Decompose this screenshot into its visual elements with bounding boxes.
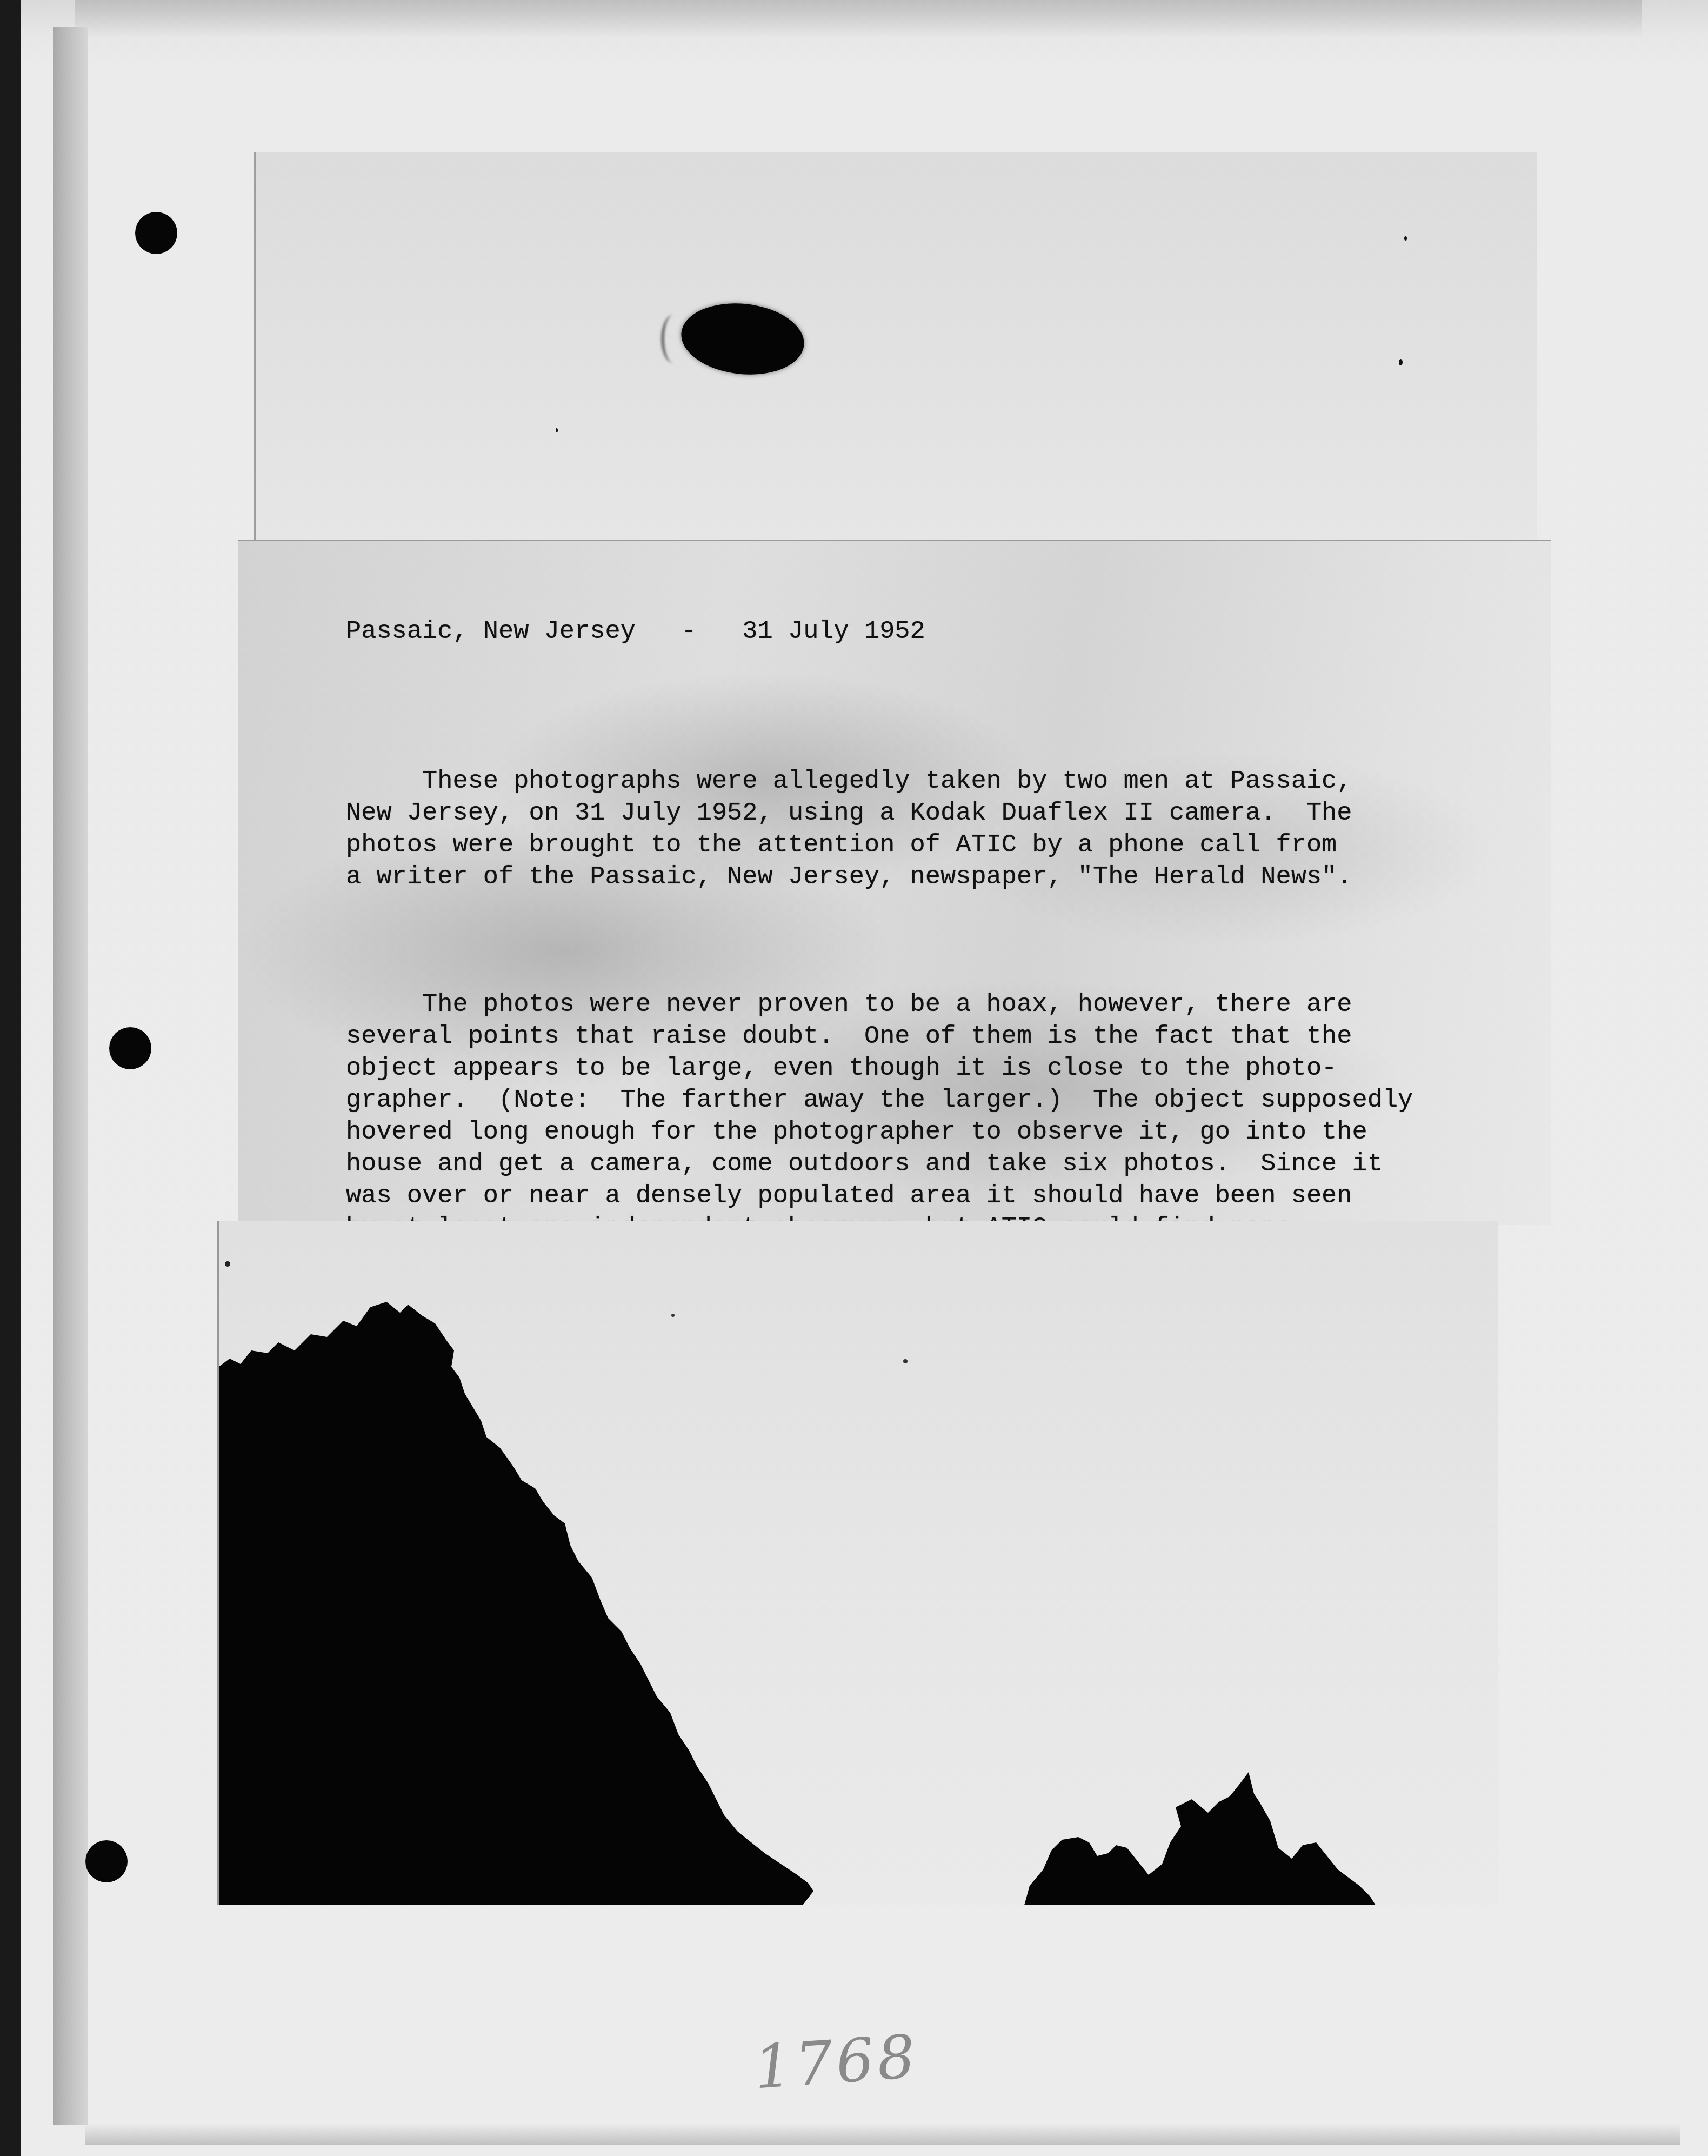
caption-paragraph-1: These photographs were allegedly taken b… [346,766,1535,893]
punch-hole-icon [109,1027,151,1069]
page-left-edge [53,27,88,2125]
page-bottom-shadow [85,2124,1680,2145]
handwritten-page-number: 1768 [752,2022,920,2102]
caption-heading: Passaic, New Jersey - 31 July 1952 [346,616,1535,648]
photo-tree-silhouettes [217,1221,1498,1905]
film-speck [1404,236,1407,241]
punch-hole-icon [135,212,177,254]
caption-strip: Passaic, New Jersey - 31 July 1952 These… [238,540,1551,1225]
caption-paragraph-2: The photos were never proven to be a hoa… [346,989,1535,1244]
photo-ufo-object [254,152,1537,542]
tree-silhouette-icon [219,1221,1498,1905]
ufo-object-icon [678,297,808,380]
punch-hole-icon [85,1840,128,1882]
film-speck [556,428,558,432]
page-top-shadow [75,0,1642,38]
film-speck [1399,359,1403,365]
